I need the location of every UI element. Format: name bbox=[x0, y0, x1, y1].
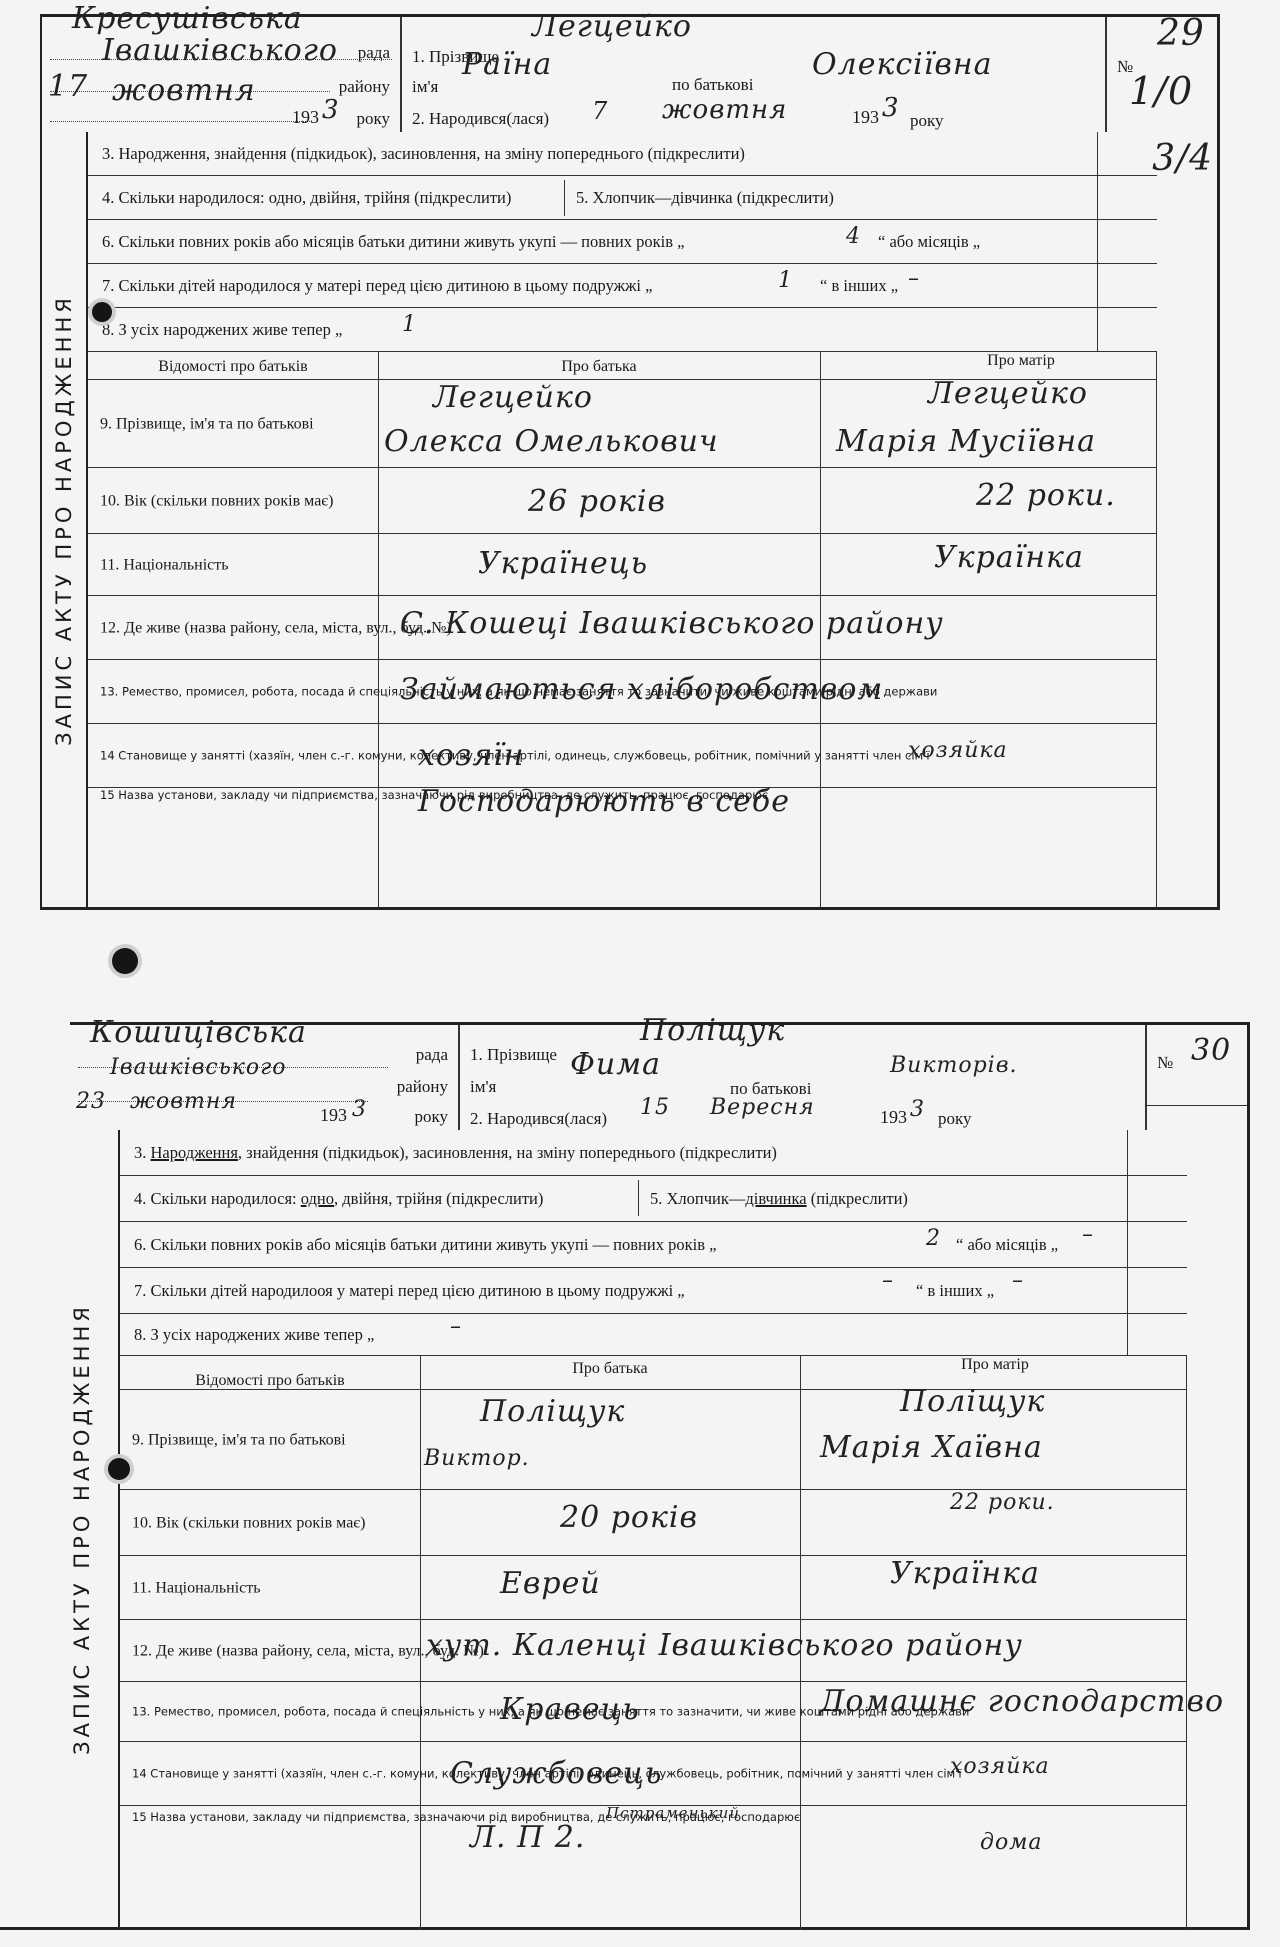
row-age: 10. Вік (скільки повних років має) 20 ро… bbox=[120, 1490, 1187, 1556]
side-title-column: ЗАПИС АКТУ ПРО НАРОДЖЕННЯ bbox=[46, 1130, 120, 1927]
q7-other-label: “ в інших „ bbox=[820, 276, 898, 296]
q4-q5-row: 4. Скільки народилося: одно, двійня, трі… bbox=[120, 1176, 1187, 1222]
row-status: 14 Становище у занятті (хазяїн, член с.-… bbox=[88, 724, 1157, 788]
record-number-block: № 30 bbox=[1147, 1025, 1247, 1106]
district-handwritten: Івашківського bbox=[102, 33, 338, 68]
registration-month: жовтня bbox=[130, 1089, 237, 1114]
father-nationality: Еврей bbox=[500, 1566, 601, 1601]
birth-year-digit: 3 bbox=[910, 1097, 925, 1122]
father-surname: Легцейко bbox=[433, 380, 593, 415]
name-handwritten: Фима bbox=[570, 1047, 661, 1082]
margin-mark-fraction: 3/4 bbox=[1152, 138, 1213, 179]
born-label: 2. Народився(лася) bbox=[470, 1109, 607, 1129]
father-workplace-note: Пстраменький bbox=[606, 1804, 740, 1822]
punch-hole bbox=[92, 302, 112, 322]
parents-table: Відомості про батьків Про батька Про мат… bbox=[88, 352, 1157, 910]
council-handwritten: Кошицівська bbox=[90, 1015, 307, 1050]
patronymic-handwritten: Олексіївна bbox=[812, 47, 992, 82]
registration-year-digit: 3 bbox=[352, 1097, 367, 1122]
record-header: Кресушівська рада Івашківського району 1… bbox=[40, 14, 1220, 132]
registration-day: 23 bbox=[76, 1089, 106, 1114]
q3-label: 3. Народження, знайдення (підкидьок), за… bbox=[102, 144, 745, 164]
margin-mark: 1/0 bbox=[1129, 69, 1193, 113]
mother-surname: Поліщук bbox=[900, 1384, 1045, 1419]
record-header: Кошицівська рада Івашківського району 23… bbox=[70, 1022, 1250, 1130]
registration-year-digit: 3 bbox=[322, 95, 340, 125]
birth-day: 15 bbox=[640, 1095, 670, 1120]
mother-nationality: Українка bbox=[890, 1556, 1040, 1591]
mother-name: Марія Мусіївна bbox=[836, 424, 1096, 459]
side-title-column: ЗАПИС АКТУ ПРО НАРОДЖЕННЯ bbox=[42, 132, 88, 907]
underlined-choice: дівчинка bbox=[745, 1189, 806, 1208]
q7-row: 7. Скільки дітей народилооя у матері пер… bbox=[120, 1268, 1187, 1314]
q6-months: – bbox=[1082, 1222, 1094, 1247]
father-age: 20 років bbox=[560, 1500, 698, 1535]
row-occupation: 13. Ремество, промисел, робота, посада й… bbox=[88, 660, 1157, 724]
q7-other-count: – bbox=[908, 266, 920, 291]
district-label: району bbox=[339, 77, 390, 97]
father-workplace: Л. П 2. bbox=[470, 1820, 585, 1855]
punch-hole bbox=[108, 1458, 130, 1480]
q8-row: 8. З усіх народжених живе тепер „ – bbox=[120, 1314, 1187, 1356]
registration-block: Кошицівська рада Івашківського району 23… bbox=[70, 1025, 460, 1130]
residence: С. Кошеці Івашківського району bbox=[400, 606, 944, 641]
council-label: рада bbox=[358, 43, 390, 63]
q6-years: 2 bbox=[926, 1226, 941, 1251]
registration-year-prefix: 193 bbox=[292, 107, 319, 128]
q6-years: 4 bbox=[846, 224, 861, 249]
mother-surname: Легцейко bbox=[928, 376, 1088, 411]
q6-label: 6. Скільки повних років або місяців бать… bbox=[134, 1235, 716, 1255]
number-label: № bbox=[1157, 1053, 1173, 1073]
parents-table: Відомості про батьків Про батька Про мат… bbox=[120, 1356, 1187, 1930]
punch-hole bbox=[112, 948, 138, 974]
q6-row: 6. Скільки повних років або місяців бать… bbox=[120, 1222, 1187, 1268]
workplace: Господарюють в себе bbox=[418, 784, 790, 819]
q5-label: 5. Хлопчик—дівчинка (підкреслити) bbox=[650, 1189, 908, 1209]
registration-year-label: року bbox=[356, 109, 390, 129]
name-handwritten: Раїна bbox=[462, 47, 552, 82]
q7-row: 7. Скільки дітей народилося у матері пер… bbox=[88, 264, 1157, 308]
mother-status: хозяйка bbox=[908, 738, 1008, 763]
father-name: Виктор. bbox=[424, 1446, 530, 1471]
record-number: 29 bbox=[1157, 13, 1205, 54]
row-name: 9. Прізвище, ім'я та по батькові Поліщук… bbox=[120, 1390, 1187, 1490]
side-title: ЗАПИС АКТУ ПРО НАРОДЖЕННЯ bbox=[70, 1303, 94, 1755]
row-residence: 12. Де живе (назва району, села, міста, … bbox=[88, 596, 1157, 660]
patronymic-label: по батькові bbox=[672, 75, 753, 95]
born-label: 2. Народився(лася) bbox=[412, 109, 549, 129]
father-name: Олекса Омелькович bbox=[384, 424, 719, 459]
birth-year-label: року bbox=[938, 1109, 972, 1129]
q6-row: 6. Скільки повних років або місяців бать… bbox=[88, 220, 1157, 264]
surname-handwritten: Легцейко bbox=[532, 9, 692, 44]
row-workplace: 15 Назва установи, закладу чи підприємст… bbox=[88, 788, 1157, 910]
row-residence: 12. Де живе (назва району, села, міста, … bbox=[120, 1620, 1187, 1682]
name-label: ім'я bbox=[470, 1077, 496, 1097]
mother-name: Марія Хаївна bbox=[820, 1430, 1043, 1465]
q8-count: 1 bbox=[402, 312, 417, 337]
mother-status: хозяйка bbox=[950, 1754, 1050, 1779]
birth-year-label: року bbox=[910, 111, 944, 131]
surname-handwritten: Поліщук bbox=[640, 1013, 785, 1048]
mother-age: 22 роки. bbox=[976, 478, 1116, 513]
council-label: рада bbox=[416, 1045, 448, 1065]
side-title: ЗАПИС АКТУ ПРО НАРОДЖЕННЯ bbox=[52, 294, 76, 746]
row-nationality: 11. Національність Еврей Українка bbox=[120, 1556, 1187, 1620]
q7-label: 7. Скільки дітей народилося у матері пер… bbox=[102, 276, 652, 296]
mother-occupation: Домашнє господарство bbox=[820, 1684, 1224, 1719]
father-status: Службовець bbox=[450, 1756, 662, 1791]
q8-count: – bbox=[450, 1314, 462, 1339]
child-name-block: 1. Прізвище Легцейко ім'я Раїна по батьк… bbox=[402, 17, 1107, 132]
q8-label: 8. З усіх народжених живе тепер „ bbox=[102, 320, 342, 340]
birth-year-digit: 3 bbox=[882, 93, 900, 123]
birth-record-30: Кошицівська рада Івашківського району 23… bbox=[70, 1008, 1250, 1938]
occupation: Займаються хліборобством bbox=[400, 672, 883, 707]
q4-q5-row: 4. Скільки народилося: одно, двійня, трі… bbox=[88, 176, 1157, 220]
row-name: 9. Прізвище, ім'я та по батькові Легцейк… bbox=[88, 380, 1157, 468]
father-status: хозяїн bbox=[418, 738, 525, 773]
father-nationality: Українець bbox=[478, 546, 648, 581]
district-handwritten: Івашківського bbox=[110, 1055, 286, 1080]
council-handwritten: Кресушівська bbox=[72, 1, 303, 36]
father-occupation: Кравець bbox=[500, 1692, 640, 1727]
q8-row: 8. З усіх народжених живе тепер „ 1 bbox=[88, 308, 1157, 352]
q7-label: 7. Скільки дітей народилооя у матері пер… bbox=[134, 1281, 685, 1301]
q7-count: 1 bbox=[778, 268, 793, 293]
mother-workplace: дома bbox=[980, 1830, 1043, 1855]
child-name-block: 1. Прізвище Поліщук ім'я Фима по батьков… bbox=[460, 1025, 1147, 1130]
q3-label: 3. Народження, знайдення (підкидьок), за… bbox=[134, 1143, 777, 1163]
q8-label: 8. З усіх народжених живе тепер „ bbox=[134, 1325, 374, 1345]
row-age: 10. Вік (скільки повних років має) 26 ро… bbox=[88, 468, 1157, 534]
birth-year-prefix: 193 bbox=[880, 1107, 907, 1128]
registration-block: Кресушівська рада Івашківського району 1… bbox=[42, 17, 402, 132]
father-surname: Поліщук bbox=[480, 1394, 625, 1429]
q7-other-count: – bbox=[1012, 1268, 1024, 1293]
row-nationality: 11. Національність Українець Українка bbox=[88, 534, 1157, 596]
row-occupation: 13. Ремество, промисел, робота, посада й… bbox=[120, 1682, 1187, 1742]
q7-other-label: “ в інших „ bbox=[916, 1281, 994, 1301]
registration-year-label: року bbox=[414, 1107, 448, 1127]
row-status: 14 Становище у занятті (хазяїн, член с.-… bbox=[120, 1742, 1187, 1806]
record-body: ЗАПИС АКТУ ПРО НАРОДЖЕННЯ 3. Народження,… bbox=[0, 1130, 1250, 1930]
q5-label: 5. Хлопчик—дівчинка (підкреслити) bbox=[576, 188, 834, 208]
q3-row: 3. Народження, знайдення (підкидьок), за… bbox=[120, 1130, 1187, 1176]
row-workplace: 15 Назва установи, закладу чи підприємст… bbox=[120, 1806, 1187, 1930]
registration-month: жовтня bbox=[112, 73, 256, 108]
father-age: 26 років bbox=[528, 484, 666, 519]
q3-row: 3. Народження, знайдення (підкидьок), за… bbox=[88, 132, 1157, 176]
record-number-block: № 29 1/0 bbox=[1107, 17, 1217, 132]
mother-nationality: Українка bbox=[934, 540, 1084, 575]
q4-label: 4. Скільки народилося: одно, двійня, трі… bbox=[102, 188, 511, 208]
record-number: 30 bbox=[1191, 1033, 1231, 1068]
birth-year-prefix: 193 bbox=[852, 107, 879, 128]
q6-months-label: “ або місяців „ bbox=[878, 232, 980, 252]
birth-month: жовтня bbox=[662, 95, 787, 125]
record-body: ЗАПИС АКТУ ПРО НАРОДЖЕННЯ 3/4 3. Народже… bbox=[40, 132, 1220, 910]
residence: хут. Каленці Івашківського району bbox=[426, 1628, 1023, 1663]
registration-year-prefix: 193 bbox=[320, 1105, 347, 1126]
patronymic-handwritten: Викторів. bbox=[890, 1053, 1018, 1078]
birth-record-29: Кресушівська рада Івашківського району 1… bbox=[40, 0, 1220, 910]
underlined-choice: одно bbox=[301, 1189, 334, 1208]
district-label: району bbox=[397, 1077, 448, 1097]
birth-month: Вересня bbox=[710, 1095, 815, 1120]
q4-label: 4. Скільки народилося: одно, двійня, трі… bbox=[134, 1189, 543, 1209]
surname-label: 1. Прізвище bbox=[470, 1045, 557, 1065]
q6-months-label: “ або місяців „ bbox=[956, 1235, 1058, 1255]
birth-day: 7 bbox=[592, 97, 608, 125]
underlined-choice: Народження bbox=[151, 1143, 238, 1162]
q7-count: – bbox=[882, 1268, 894, 1293]
mother-age: 22 роки. bbox=[950, 1490, 1055, 1515]
registration-day: 17 bbox=[48, 69, 88, 104]
name-label: ім'я bbox=[412, 77, 438, 97]
q6-label: 6. Скільки повних років або місяців бать… bbox=[102, 232, 684, 252]
